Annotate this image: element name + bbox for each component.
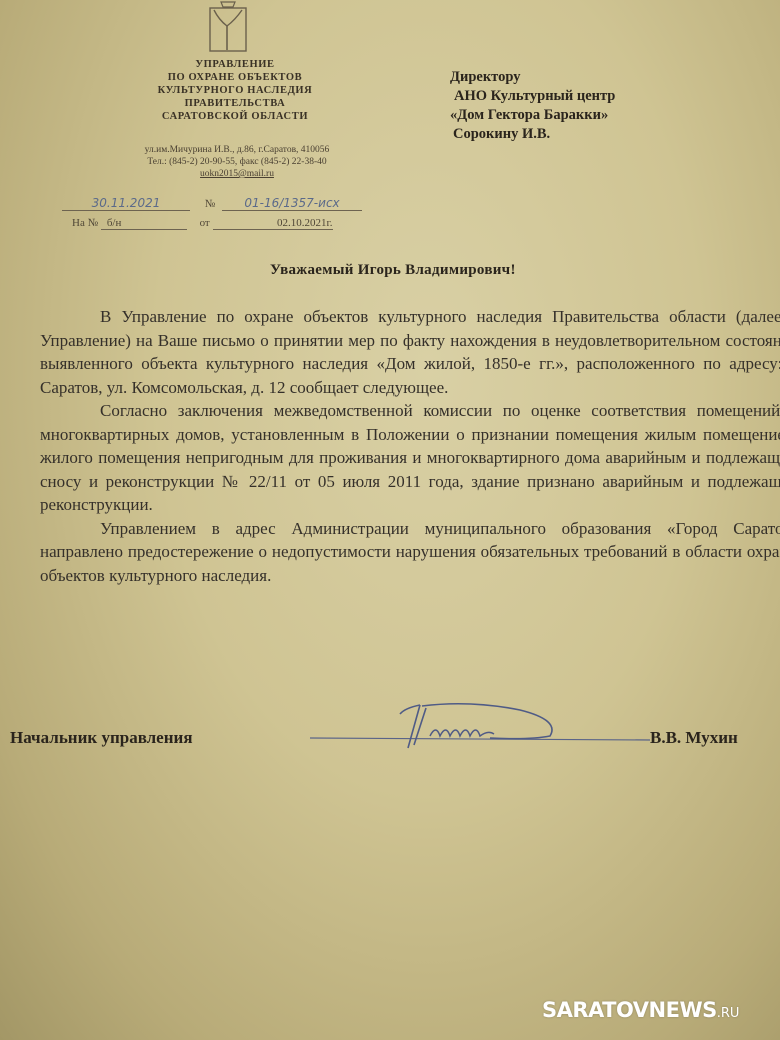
handwritten-signature-icon [310,700,650,750]
reply-to-number: б/н [101,217,187,230]
watermark-tld: .RU [717,1006,740,1021]
addressee-line: АНО Культурный центр [450,87,615,106]
letter-number: 01-16/1357-исх [222,196,362,211]
watermark-brand: SARATOVNEWS [542,998,717,1022]
org-line: ПО ОХРАНЕ ОБЪЕКТОВ [100,71,370,84]
org-line: УПРАВЛЕНИЕ [100,58,370,71]
body-paragraph: Согласно заключения межведомственной ком… [40,399,780,517]
organization-header: УПРАВЛЕНИЕ ПО ОХРАНЕ ОБЪЕКТОВ КУЛЬТУРНОГ… [100,58,370,123]
addressee-line: Директору [450,68,615,87]
body-paragraph: В Управление по охране объектов культурн… [40,305,780,399]
reply-to-label: На № [72,217,98,229]
addressee-line: Сорокину И.В. [450,125,615,144]
addressee-line: «Дом Гектора Баракки» [450,106,615,125]
letter-date: 30.11.2021 [62,196,190,211]
org-phone: Тел.: (845-2) 20-90-55, факс (845-2) 22-… [92,156,382,168]
org-line: ПРАВИТЕЛЬСТВА [100,97,370,110]
incoming-reference: На № б/н от 02.10.2021г. [72,217,333,230]
letter-body: В Управление по охране объектов культурн… [40,305,780,587]
number-label: № [205,198,216,210]
org-line: КУЛЬТУРНОГО НАСЛЕДИЯ [100,84,370,97]
signatory-title: Начальник управления [10,728,193,748]
from-label: от [200,217,210,229]
signatory-name: В.В. Мухин [650,728,738,748]
reply-date: 02.10.2021г. [213,217,333,230]
outgoing-reference: 30.11.2021 № 01-16/1357-исх [62,196,362,211]
addressee-block: Директору АНО Культурный центр «Дом Гект… [450,68,615,144]
org-address: ул.им.Мичурина И.В., д.86, г.Саратов, 41… [92,144,382,156]
coat-of-arms-icon [207,0,249,52]
body-paragraph: Управлением в адрес Администрации муници… [40,517,780,588]
greeting: Уважаемый Игорь Владимирович! [270,262,516,279]
org-email: uokn2015@mail.ru [92,168,382,180]
org-line: САРАТОВСКОЙ ОБЛАСТИ [100,110,370,123]
saratovnews-watermark: SARATOVNEWS.RU [542,998,739,1022]
organization-contacts: ул.им.Мичурина И.В., д.86, г.Саратов, 41… [92,144,382,180]
